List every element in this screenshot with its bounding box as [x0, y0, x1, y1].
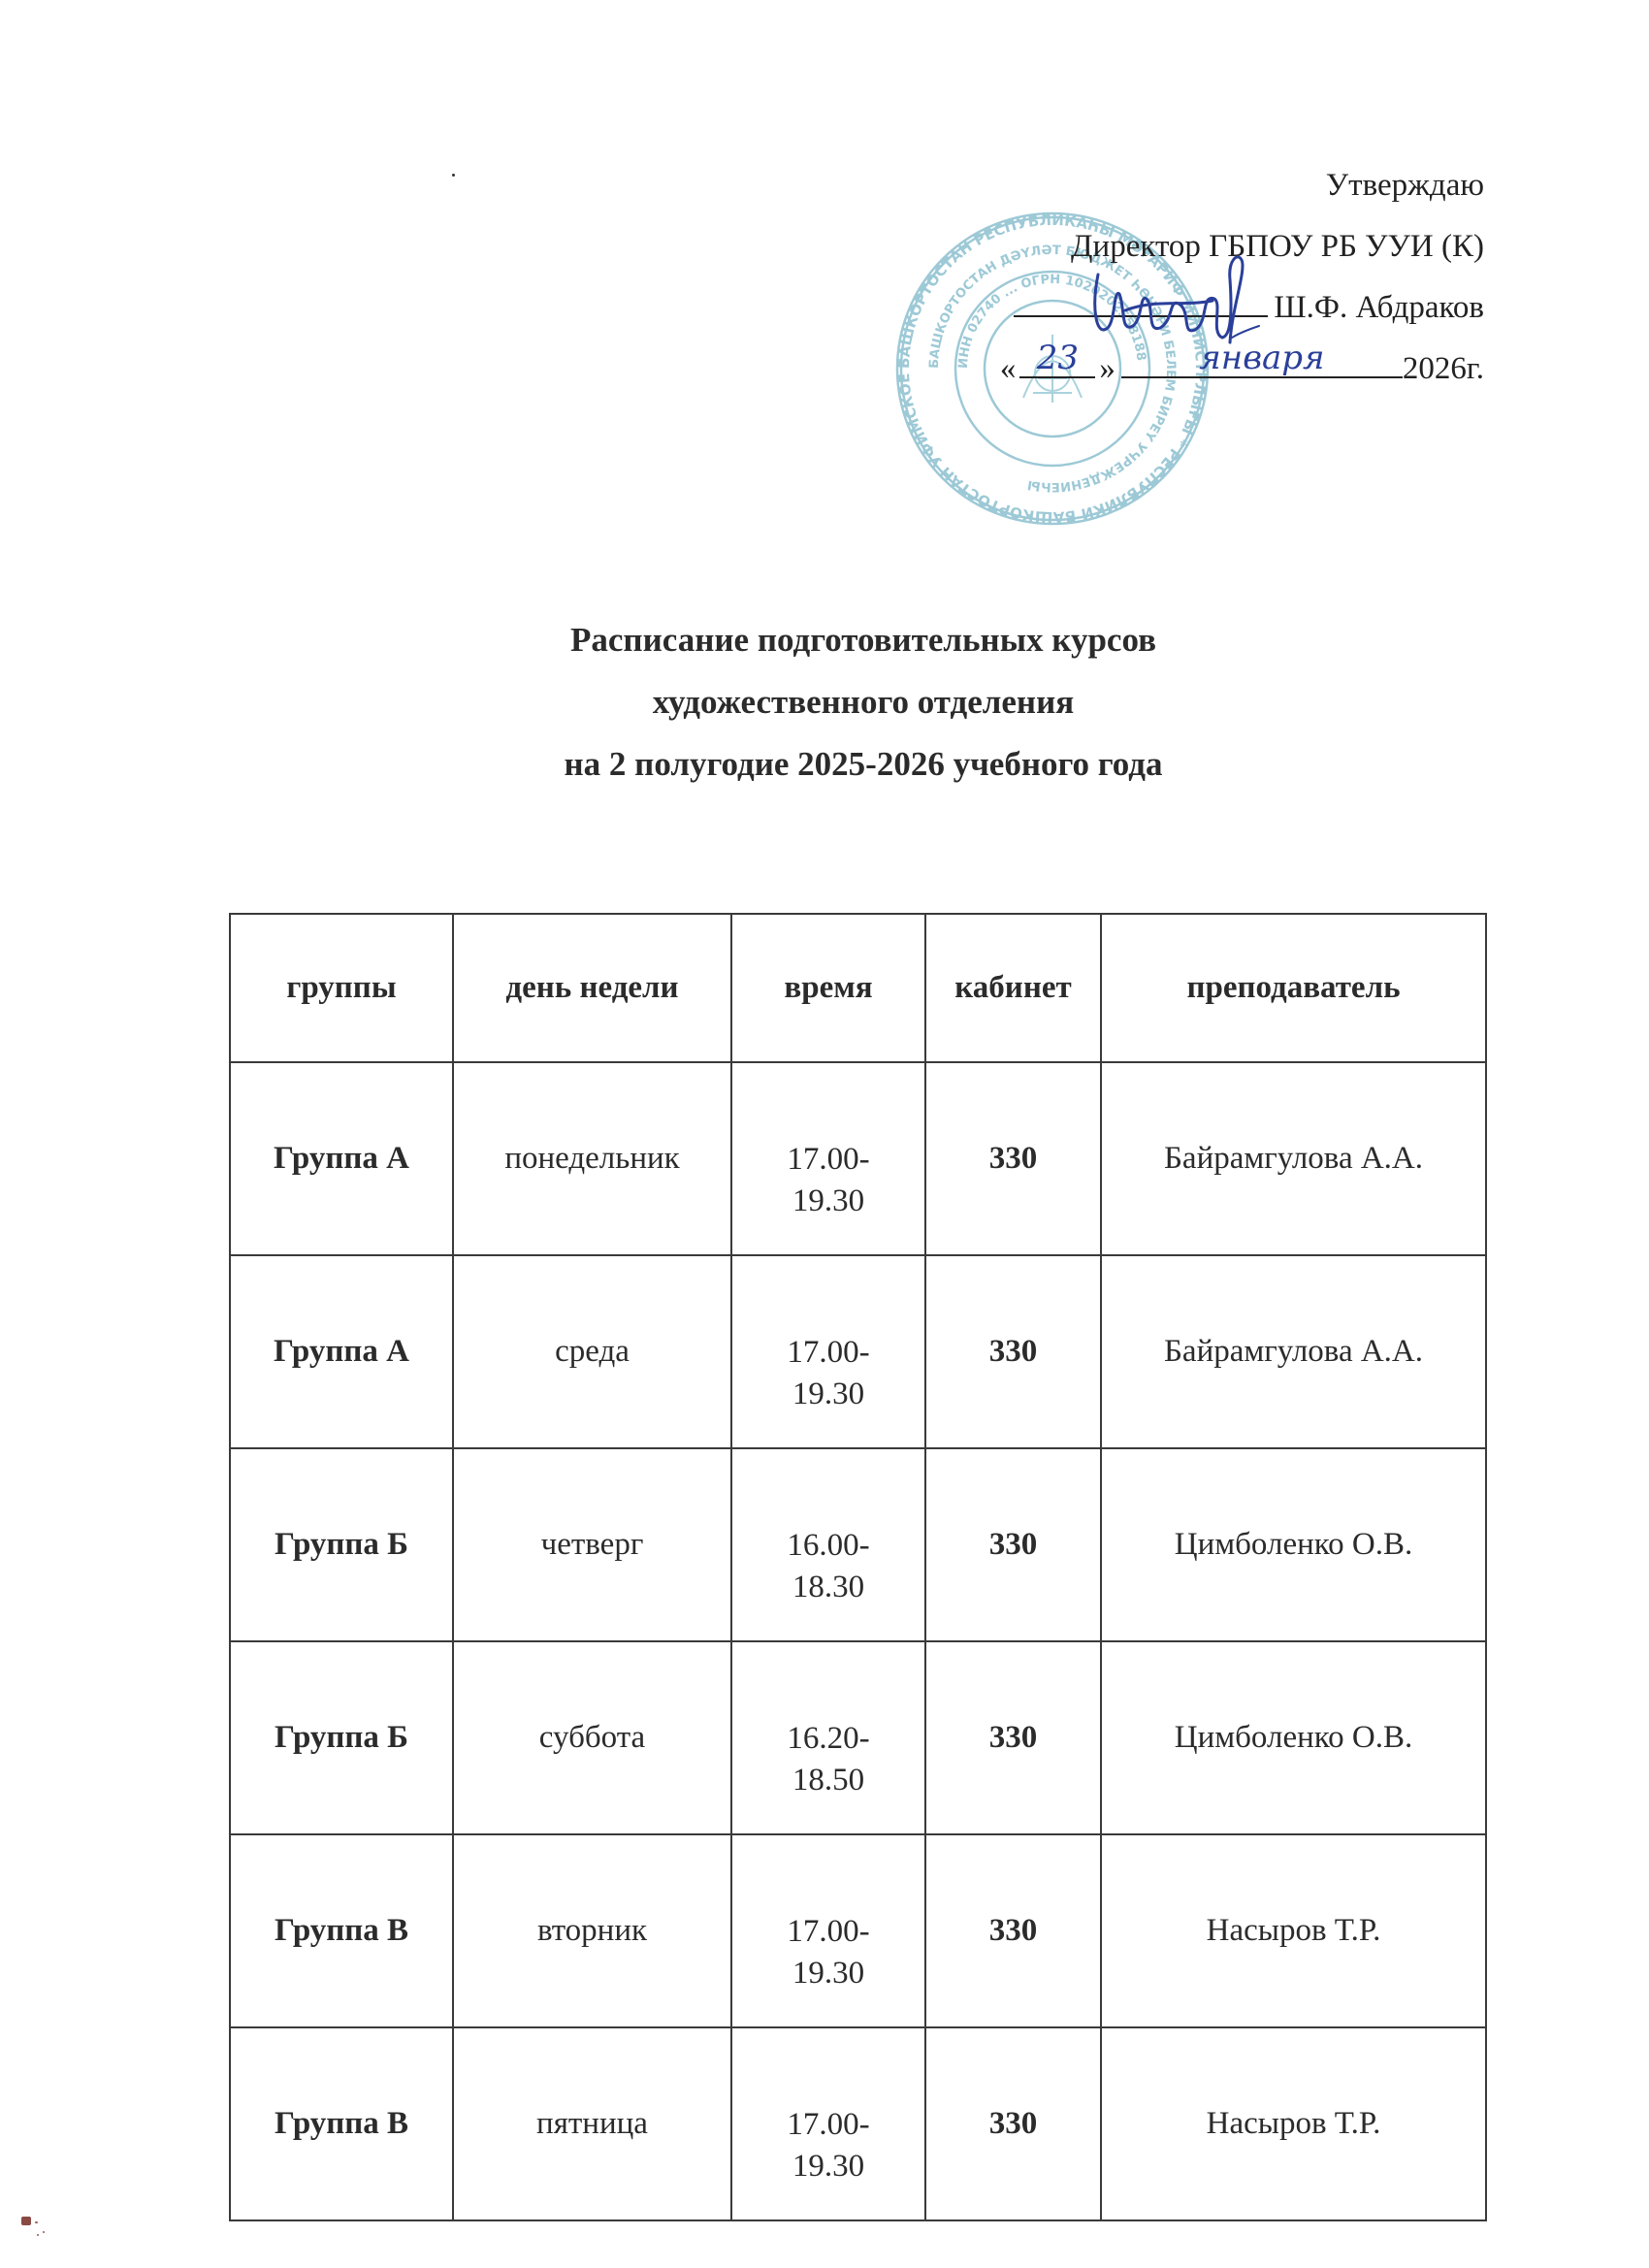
cell-day: среда [453, 1255, 731, 1448]
cell-group: Группа А [230, 1062, 453, 1255]
time-end: 19.30 [734, 2146, 922, 2187]
time-end: 19.30 [734, 1953, 922, 1994]
scan-speck [37, 2234, 39, 2236]
time-start: 16.20- [734, 1718, 922, 1760]
table-row: Группа А среда 17.00-19.30 330 Байрамгул… [230, 1255, 1486, 1448]
cell-day: четверг [453, 1448, 731, 1641]
cell-teacher: Байрамгулова А.А. [1101, 1255, 1486, 1448]
cell-teacher: Цимболенко О.В. [1101, 1448, 1486, 1641]
cell-room: 330 [925, 1255, 1101, 1448]
cell-time: 17.00-19.30 [731, 1255, 925, 1448]
scan-speck [35, 2221, 38, 2223]
title-line-2: художественного отделения [291, 671, 1436, 733]
approval-signer: Ш.Ф. Абдраков [1274, 290, 1484, 325]
time-start: 17.00- [734, 1332, 922, 1374]
time-end: 18.30 [734, 1567, 922, 1608]
cell-teacher: Байрамгулова А.А. [1101, 1062, 1486, 1255]
time-end: 19.30 [734, 1374, 922, 1415]
cell-group: Группа В [230, 1834, 453, 2027]
header-teacher: преподаватель [1101, 914, 1486, 1062]
header-room: кабинет [925, 914, 1101, 1062]
date-year: 2026г. [1403, 351, 1484, 386]
cell-teacher: Насыров Т.Р. [1101, 2027, 1486, 2220]
cell-room: 330 [925, 2027, 1101, 2220]
date-day: 23 [1019, 341, 1095, 374]
cell-room: 330 [925, 1641, 1101, 1834]
document-title: Расписание подготовительных курсов худож… [291, 609, 1436, 795]
table-header-row: группы день недели время кабинет препода… [230, 914, 1486, 1062]
cell-time: 17.00-19.30 [731, 1834, 925, 2027]
cell-room: 330 [925, 1448, 1101, 1641]
table-row: Группа В вторник 17.00-19.30 330 Насыров… [230, 1834, 1486, 2027]
cell-group: Группа Б [230, 1448, 453, 1641]
approval-heading: Утверждаю [883, 155, 1484, 216]
cell-time: 16.00-18.30 [731, 1448, 925, 1641]
time-start: 17.00- [734, 1911, 922, 1953]
cell-room: 330 [925, 1834, 1101, 2027]
table-row: Группа Б суббота 16.20-18.50 330 Цимболе… [230, 1641, 1486, 1834]
header-time: время [731, 914, 925, 1062]
time-start: 17.00- [734, 1139, 922, 1181]
time-start: 17.00- [734, 2104, 922, 2146]
table-row: Группа А понедельник 17.00-19.30 330 Бай… [230, 1062, 1486, 1255]
cell-room: 330 [925, 1062, 1101, 1255]
scan-stain [21, 2217, 31, 2225]
time-end: 19.30 [734, 1181, 922, 1222]
header-groups: группы [230, 914, 453, 1062]
title-line-3: на 2 полугодие 2025-2026 учебного года [291, 733, 1436, 795]
date-open-quote: « [1000, 351, 1017, 386]
schedule-table: группы день недели время кабинет препода… [229, 913, 1487, 2221]
date-day-field: 23 [1019, 343, 1095, 378]
header-weekday: день недели [453, 914, 731, 1062]
table-row: Группа В пятница 17.00-19.30 330 Насыров… [230, 2027, 1486, 2220]
cell-day: пятница [453, 2027, 731, 2220]
table-row: Группа Б четверг 16.00-18.30 330 Цимболе… [230, 1448, 1486, 1641]
cell-time: 17.00-19.30 [731, 2027, 925, 2220]
title-line-1: Расписание подготовительных курсов [291, 609, 1436, 671]
cell-teacher: Насыров Т.Р. [1101, 1834, 1486, 2027]
cell-teacher: Цимболенко О.В. [1101, 1641, 1486, 1834]
cell-day: вторник [453, 1834, 731, 2027]
cell-time: 16.20-18.50 [731, 1641, 925, 1834]
signature-icon [1086, 250, 1261, 357]
cell-day: понедельник [453, 1062, 731, 1255]
cell-group: Группа В [230, 2027, 453, 2220]
cell-group: Группа А [230, 1255, 453, 1448]
time-start: 16.00- [734, 1525, 922, 1567]
cell-group: Группа Б [230, 1641, 453, 1834]
cell-day: суббота [453, 1641, 731, 1834]
scan-speck [452, 174, 455, 177]
time-end: 18.50 [734, 1760, 922, 1801]
scan-speck [43, 2231, 45, 2233]
cell-time: 17.00-19.30 [731, 1062, 925, 1255]
